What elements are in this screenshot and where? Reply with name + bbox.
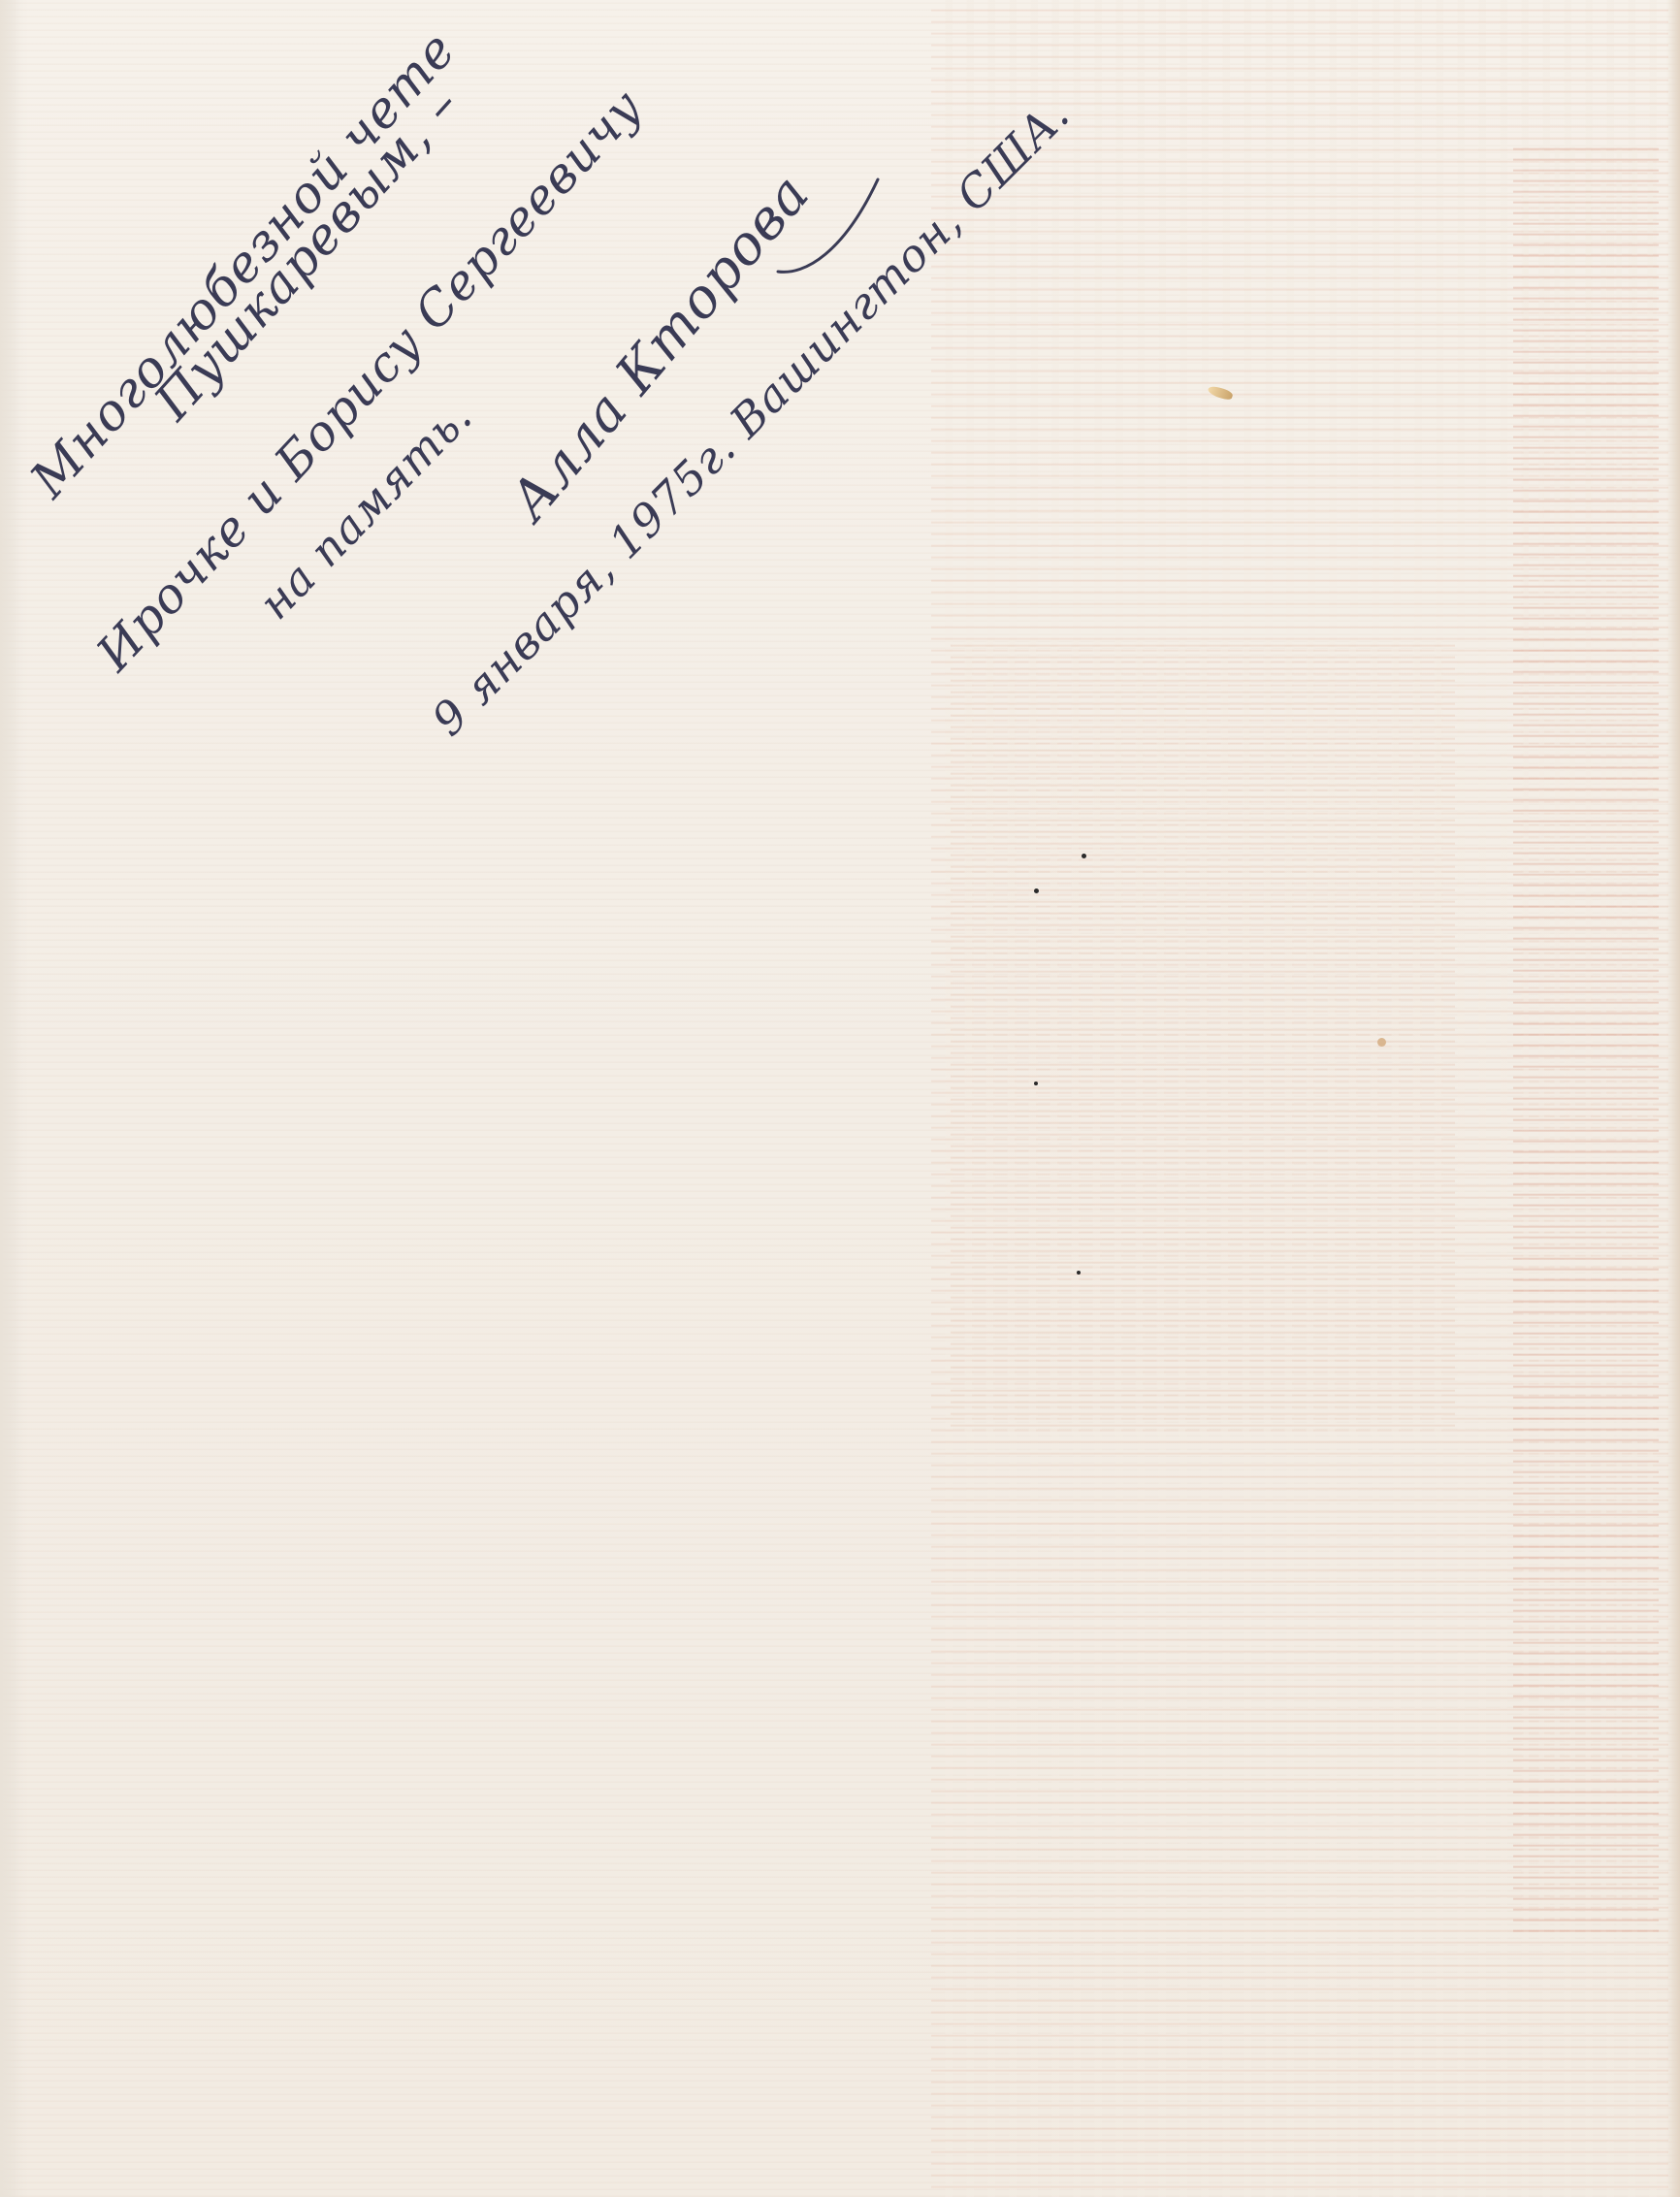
page-left-edge-shadow — [0, 0, 21, 2197]
page-right-edge — [1666, 0, 1680, 2197]
scanned-page: Многолюбезной чете Пушкаревым, – Ирочке … — [0, 0, 1680, 2197]
ink-dot — [1077, 1271, 1081, 1275]
offset-print-texture-right-column — [1513, 145, 1659, 1940]
inscription-line-dedication: Многолюбезной чете — [22, 23, 464, 506]
foxing-spot — [1377, 1038, 1386, 1047]
ink-dot — [1082, 854, 1086, 858]
inscription-line-recipients-surname: Пушкаревым, – — [146, 79, 468, 429]
ink-dot — [1034, 1082, 1038, 1085]
ink-dot — [1034, 888, 1039, 893]
